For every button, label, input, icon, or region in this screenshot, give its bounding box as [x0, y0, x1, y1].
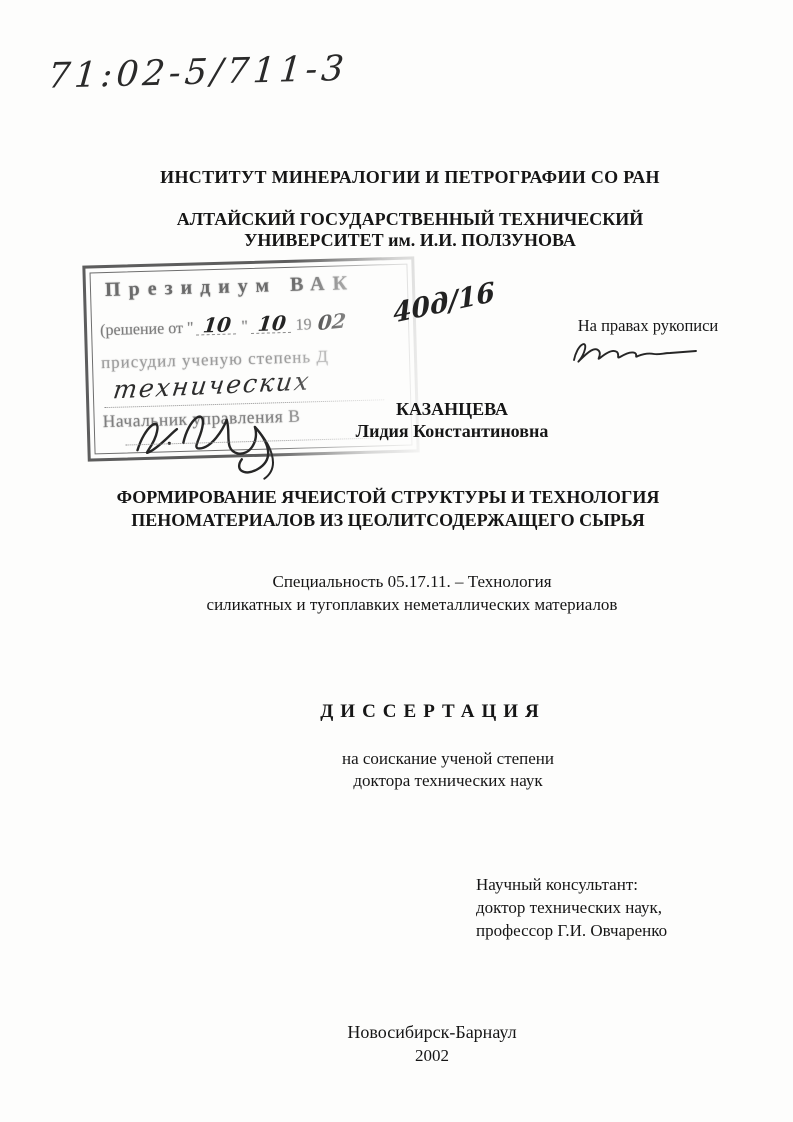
case-note-handwritten: 40д/16 — [392, 273, 512, 329]
dissertation-title: ФОРМИРОВАНИЕ ЯЧЕИСТОЙ СТРУКТУРЫ И ТЕХНОЛ… — [8, 486, 768, 532]
catalog-number-handwritten: 71:02-5/711-3 — [46, 47, 409, 97]
speciality-line1: Специальность 05.17.11. – Технология — [32, 570, 792, 593]
author-signature — [566, 334, 706, 370]
university-name-line2: УНИВЕРСИТЕТ им. И.И. ПОЛЗУНОВА — [30, 230, 790, 251]
speciality-block: Специальность 05.17.11. – Технология сил… — [32, 570, 792, 616]
stamp-month-handwritten: 10 — [251, 314, 293, 334]
dissertation-title-line1: ФОРМИРОВАНИЕ ЯЧЕИСТОЙ СТРУКТУРЫ И ТЕХНОЛ… — [8, 486, 768, 509]
consultant-label: Научный консультант: — [476, 873, 766, 896]
stamp-presidium-line: Президиум ВАК — [105, 271, 406, 302]
consultant-name: профессор Г.И. Овчаренко — [476, 919, 766, 942]
stamp-day-handwritten: 10 — [196, 315, 238, 335]
stamp-year-handwritten: 02 — [311, 311, 353, 333]
imprint-year: 2002 — [52, 1044, 793, 1068]
stamp-year-printed: 19 — [295, 316, 311, 333]
imprint-block: Новосибирск-Барнаул 2002 — [52, 1020, 793, 1068]
stamp-close-quote: " — [241, 318, 248, 335]
stamp-decision-prefix: (решение от " — [100, 320, 194, 340]
university-name: АЛТАЙСКИЙ ГОСУДАРСТВЕННЫЙ ТЕХНИЧЕСКИЙ УН… — [30, 209, 790, 251]
author-surname: КАЗАНЦЕВА — [72, 398, 793, 420]
author-given-names: Лидия Константиновна — [72, 420, 793, 442]
dissertation-title-line2: ПЕНОМАТЕРИАЛОВ ИЗ ЦЕОЛИТСОДЕРЖАЩЕГО СЫРЬ… — [8, 509, 768, 532]
document-type-heading: ДИССЕРТАЦИЯ — [53, 701, 793, 723]
university-name-line1: АЛТАЙСКИЙ ГОСУДАРСТВЕННЫЙ ТЕХНИЧЕСКИЙ — [30, 209, 790, 230]
degree-purpose-block: на соискание ученой степени доктора техн… — [68, 748, 793, 792]
stamp-decision-line: (решение от " 10 " 10 1902 — [100, 311, 410, 341]
degree-line2: доктора технических наук — [68, 770, 793, 792]
degree-line1: на соискание ученой степени — [68, 748, 793, 770]
manuscript-rights-note: На правах рукописи — [553, 316, 743, 336]
speciality-line2: силикатных и тугоплавких неметаллических… — [32, 593, 792, 616]
author-name-block: КАЗАНЦЕВА Лидия Константиновна — [72, 398, 793, 442]
institute-name: ИНСТИТУТ МИНЕРАЛОГИИ И ПЕТРОГРАФИИ СО РА… — [30, 167, 790, 188]
consultant-block: Научный консультант: доктор технических … — [476, 873, 766, 942]
consultant-degree: доктор технических наук, — [476, 896, 766, 919]
dissertation-title-page: 71:02-5/711-3 ИНСТИТУТ МИНЕРАЛОГИИ И ПЕТ… — [0, 0, 793, 1122]
imprint-city: Новосибирск-Барнаул — [52, 1020, 793, 1044]
